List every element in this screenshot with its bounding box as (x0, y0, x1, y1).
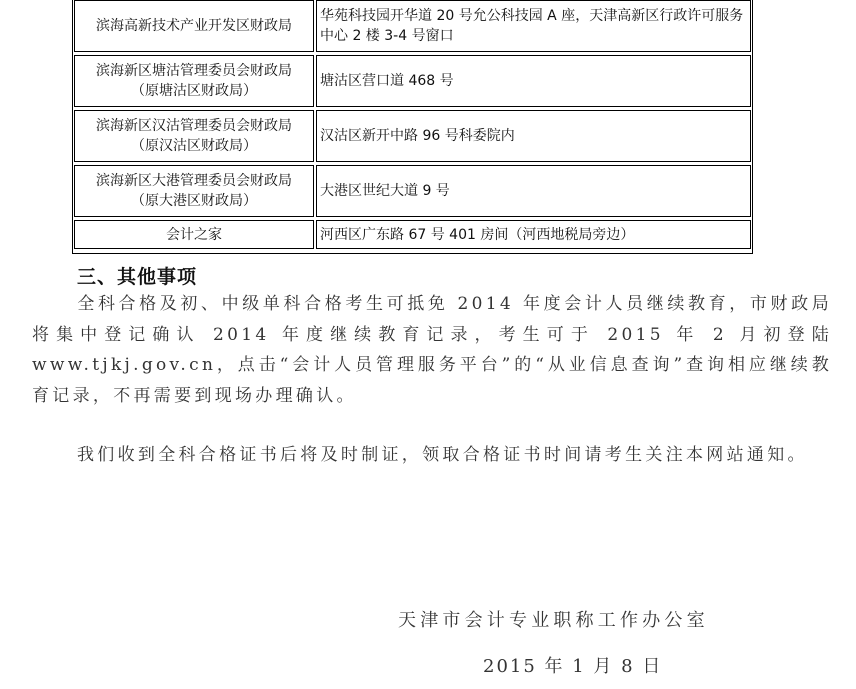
paragraph-continuing-education: 全科合格及初、中级单科合格考生可抵免 2014 年度会计人员继续教育，市财政局将… (32, 289, 832, 411)
office-address-cell: 河西区广东路 67 号 401 房间（河西地税局旁边） (316, 220, 751, 249)
office-name: 会计之家 (166, 227, 222, 243)
table-row: 滨海新区汉沽管理委员会财政局 （原汉沽区财政局） 汉沽区新开中路 96 号科委院… (74, 110, 751, 162)
paragraph-certificate: 我们收到全科合格证书后将及时制证，领取合格证书时间请考生关注本网站通知。 (32, 440, 832, 471)
office-address-cell: 大港区世纪大道 9 号 (316, 165, 751, 217)
office-table: 滨海高新技术产业开发区财政局 华苑科技园开华道 20 号允公科技园 A 座，天津… (72, 0, 753, 252)
office-address-table: 滨海高新技术产业开发区财政局 华苑科技园开华道 20 号允公科技园 A 座，天津… (72, 0, 753, 254)
signature-organization: 天津市会计专业职称工作办公室 (398, 606, 709, 632)
office-name: 滨海新区塘沽管理委员会财政局 (78, 61, 310, 81)
section-heading: 三、其他事项 (77, 262, 197, 289)
office-name: 滨海新区大港管理委员会财政局 (78, 171, 310, 191)
paragraph-text: 全科合格及初、中级单科合格考生可抵免 2014 年度会计人员继续教育，市财政局将… (32, 294, 832, 406)
office-former-name: （原大港区财政局） (78, 191, 310, 211)
table-row: 滨海新区塘沽管理委员会财政局 （原塘沽区财政局） 塘沽区营口道 468 号 (74, 55, 751, 107)
office-former-name: （原塘沽区财政局） (78, 81, 310, 101)
office-address-cell: 汉沽区新开中路 96 号科委院内 (316, 110, 751, 162)
office-name-cell: 滨海新区大港管理委员会财政局 （原大港区财政局） (74, 165, 314, 217)
paragraph-text: 我们收到全科合格证书后将及时制证，领取合格证书时间请考生关注本网站通知。 (77, 445, 808, 465)
office-former-name: （原汉沽区财政局） (78, 136, 310, 156)
table-row: 滨海高新技术产业开发区财政局 华苑科技园开华道 20 号允公科技园 A 座，天津… (74, 0, 751, 52)
office-name-cell: 滨海高新技术产业开发区财政局 (74, 0, 314, 52)
office-address-cell: 华苑科技园开华道 20 号允公科技园 A 座，天津高新区行政许可服务中心 2 楼… (316, 0, 751, 52)
office-name: 滨海新区汉沽管理委员会财政局 (78, 116, 310, 136)
office-name: 滨海高新技术产业开发区财政局 (96, 18, 292, 34)
office-address-cell: 塘沽区营口道 468 号 (316, 55, 751, 107)
table-row: 会计之家 河西区广东路 67 号 401 房间（河西地税局旁边） (74, 220, 751, 249)
office-name-cell: 滨海新区汉沽管理委员会财政局 （原汉沽区财政局） (74, 110, 314, 162)
table-row: 滨海新区大港管理委员会财政局 （原大港区财政局） 大港区世纪大道 9 号 (74, 165, 751, 217)
office-name-cell: 滨海新区塘沽管理委员会财政局 （原塘沽区财政局） (74, 55, 314, 107)
office-name-cell: 会计之家 (74, 220, 314, 249)
signature-date: 2015 年 1 月 8 日 (483, 652, 662, 678)
